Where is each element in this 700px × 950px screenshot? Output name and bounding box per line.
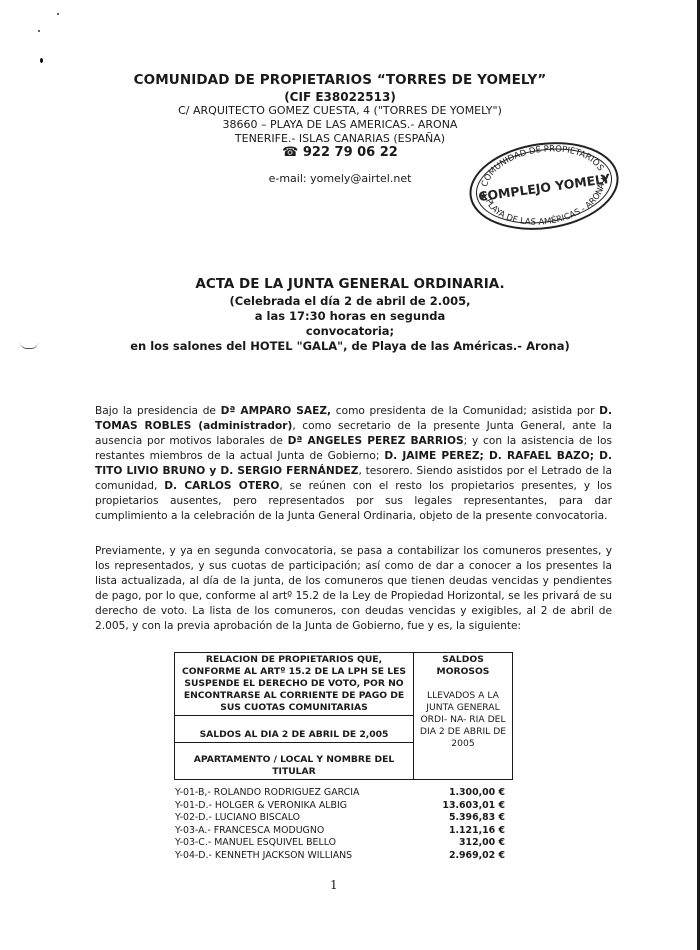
minutes-title: ACTA DE LA JUNTA GENERAL ORDINARIA. (100, 276, 600, 292)
scan-speck (38, 30, 40, 32)
owner-unit-name: Y-03-C.- MANUEL ESQUIVEL BELLO (175, 837, 336, 850)
list-item: Y-03-C.- MANUEL ESQUIVEL BELLO312,00 € (175, 837, 505, 850)
balance-subheading: LLEVADOS A LA JUNTA GENERAL ORDI- NA- RI… (418, 690, 508, 750)
owner-balance: 1.121,16 € (449, 825, 505, 838)
owners-list: Y-01-B,- ROLANDO RODRIGUEZ GARCIA1.300,0… (175, 787, 505, 862)
owner-unit-name: Y-02-D.- LUCIANO BISCALO (175, 812, 300, 825)
owner-unit-name: Y-04-D.- KENNETH JACKSON WILLIANS (175, 850, 352, 863)
attendance-paragraph: Bajo la presidencia de Dª AMPARO SAEZ, c… (95, 404, 612, 524)
preliminary-paragraph: Previamente, y ya en segunda convocatori… (95, 544, 612, 634)
scan-mark (20, 342, 38, 349)
text-run: Bajo la presidencia de (95, 405, 221, 417)
owner-balance: 13.603,01 € (442, 800, 505, 813)
scan-speck (40, 58, 43, 63)
owner-balance: 312,00 € (459, 837, 505, 850)
table-description-cell: RELACION DE PROPIETARIOS QUE, CONFORME A… (175, 653, 414, 716)
table-balance-header-cell: SALDOS MOROSOS LLEVADOS A LA JUNTA GENER… (414, 653, 513, 780)
scan-speck (57, 13, 59, 15)
list-item: Y-02-D.- LUCIANO BISCALO5.396,83 € (175, 812, 505, 825)
phone-number: 922 79 06 22 (303, 145, 398, 160)
minutes-subtitle-3: convocatoria; (100, 324, 600, 338)
bold-name: D. CARLOS OTERO (164, 480, 279, 492)
address-line-2: 38660 – PLAYA DE LAS AMERICAS.- ARONA (110, 118, 570, 131)
community-stamp-icon: COMUNIDAD DE PROPIETARIOS PLAYA DE LAS A… (466, 140, 622, 232)
owner-balance: 2.969,02 € (449, 850, 505, 863)
text-run: como presidenta de la Comunidad; asistid… (331, 405, 599, 417)
delinquent-owners-table: RELACION DE PROPIETARIOS QUE, CONFORME A… (174, 652, 513, 780)
owner-unit-name: Y-01-B,- ROLANDO RODRIGUEZ GARCIA (175, 787, 359, 800)
table-date-cell: SALDOS AL DIA 2 DE ABRIL DE 2,005 (175, 716, 414, 743)
list-item: Y-04-D.- KENNETH JACKSON WILLIANS2.969,0… (175, 850, 505, 863)
owner-unit-name: Y-01-D.- HOLGER & VERONIKA ALBIG (175, 800, 347, 813)
owner-unit-name: Y-03-A.- FRANCESCA MODUGNO (175, 825, 324, 838)
bold-name: Dª ANGELES PEREZ BARRIOS (288, 435, 464, 447)
minutes-subtitle-4: en los salones del HOTEL "GALA", de Play… (80, 339, 620, 353)
community-name: COMUNIDAD DE PROPIETARIOS “TORRES DE YOM… (110, 72, 570, 88)
balance-heading: SALDOS MOROSOS (418, 654, 508, 678)
list-item: Y-03-A.- FRANCESCA MODUGNO1.121,16 € (175, 825, 505, 838)
svg-text:★: ★ (599, 172, 611, 186)
list-item: Y-01-D.- HOLGER & VERONIKA ALBIG13.603,0… (175, 800, 505, 813)
table-owner-column-header: APARTAMENTO / LOCAL Y NOMBRE DEL TITULAR (175, 743, 414, 780)
bold-name: Dª AMPARO SAEZ, (221, 405, 331, 417)
list-item: Y-01-B,- ROLANDO RODRIGUEZ GARCIA1.300,0… (175, 787, 505, 800)
minutes-subtitle-1: (Celebrada el día 2 de abril de 2.005, (100, 294, 600, 308)
minutes-subtitle-2: a las 17:30 horas en segunda (100, 309, 600, 323)
cif: (CIF E38022513) (110, 90, 570, 104)
owner-balance: 5.396,83 € (449, 812, 505, 825)
page-number: 1 (330, 878, 338, 892)
owner-balance: 1.300,00 € (449, 787, 505, 800)
phone-icon: ☎ (282, 145, 298, 160)
address-line-1: C/ ARQUITECTO GOMEZ CUESTA, 4 ("TORRES D… (110, 104, 570, 117)
